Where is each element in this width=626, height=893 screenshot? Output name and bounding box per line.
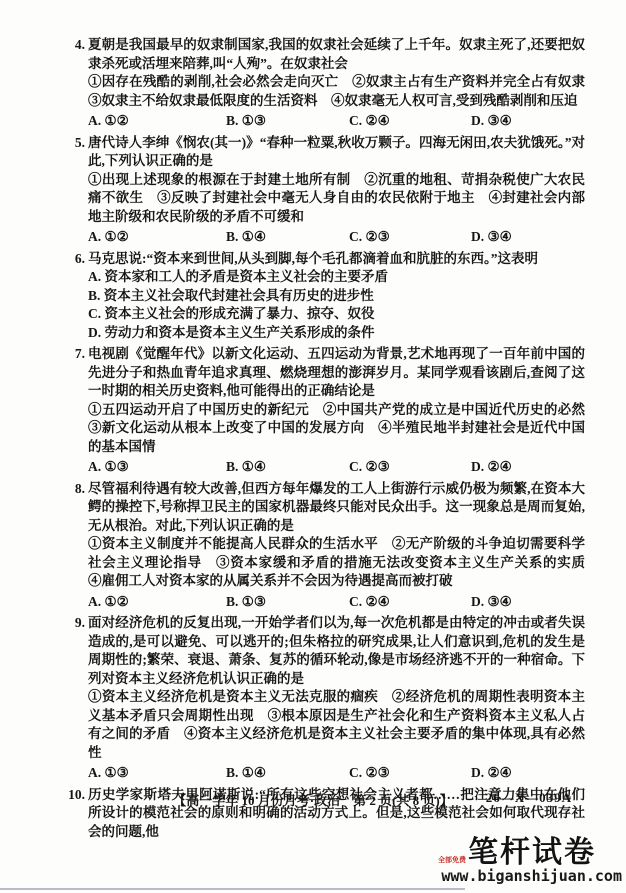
options-row: A. ①③ B. ①④ C. ②③ D. ②④ [88, 764, 585, 783]
option-a: A. ①③ [88, 764, 226, 783]
question-8: 8. 尽管福利待遇有较大改善,但西方每年爆发的工人上街游行示威仍极为频繁,在资本… [62, 480, 585, 612]
biganshijuan-watermark: 全部免费 笔杆试卷 www.biganshijuan.com [438, 838, 622, 885]
question-stem: 尽管福利待遇有较大改善,但西方每年爆发的工人上街游行示威仍极为频繁,在资本大鳄的… [88, 480, 585, 536]
question-number: 8. [62, 480, 88, 612]
question-stem: 夏朝是我国最早的奴隶制国家,我国的奴隶社会延续了上千年。奴隶主死了,还要把奴隶杀… [88, 36, 585, 73]
question-number: 5. [62, 134, 88, 247]
watermark-brand-row: 全部免费 笔杆试卷 [438, 838, 596, 868]
option-d: D. ②④ [471, 458, 585, 477]
watermark-free-label: 全部免费 [438, 857, 466, 865]
option-c: C. ②④ [349, 112, 471, 131]
question-body: 尽管福利待遇有较大改善,但西方每年爆发的工人上街游行示威仍极为频繁,在资本大鳄的… [88, 480, 585, 612]
options-row: A. ①② B. ①③ C. ②④ D. ③④ [88, 593, 585, 612]
question-number: 7. [62, 345, 88, 477]
footer-exam-title: 【高一学年 10 月份月考·政治 第 2 页(共 8 页)】 [173, 793, 453, 808]
question-body: 夏朝是我国最早的奴隶制国家,我国的奴隶社会延续了上千年。奴隶主死了,还要把奴隶杀… [88, 36, 585, 131]
options-row: A. ①② B. ①③ C. ②④ D. ③④ [88, 112, 585, 131]
options-row: A. ①③ B. ①④ C. ②③ D. ②④ [88, 458, 585, 477]
option-d: D. ③④ [471, 228, 585, 247]
option-a: A. 资本家和工人的矛盾是资本主义社会的主要矛盾 [88, 268, 585, 287]
option-d: D. ③④ [471, 112, 585, 131]
question-stem: 马克思说:“资本来到世间,从头到脚,每个毛孔都滴着血和肮脏的东西。”这表明 [88, 250, 585, 269]
option-b: B. ①③ [226, 112, 349, 131]
option-d: D. ③④ [471, 593, 585, 612]
option-b: B. ①④ [226, 764, 349, 783]
question-stem: 唐代诗人李绅《悯农(其一)》“春种一粒粟,秋收万颗子。四海无闲田,农夫犹饿死。”… [88, 134, 585, 171]
option-c: C. ②③ [349, 764, 471, 783]
option-c: C. ②④ [349, 593, 471, 612]
question-4: 4. 夏朝是我国最早的奴隶制国家,我国的奴隶社会延续了上千年。奴隶主死了,还要把… [62, 36, 585, 131]
option-d: D. ②④ [471, 764, 585, 783]
option-c: C. ②③ [349, 458, 471, 477]
footer-paper-code: 26—X—039A [486, 790, 572, 806]
question-body: 马克思说:“资本来到世间,从头到脚,每个毛孔都滴着血和肮脏的东西。”这表明 A.… [88, 250, 585, 343]
question-numbered-items: ①出现上述现象的根源在于封建土地所有制 ②沉重的地租、苛捐杂税使广大农民痛不欲生… [88, 171, 585, 227]
question-number: 4. [62, 36, 88, 131]
question-numbered-items: ①因存在残酷的剥削,社会必然会走向灭亡 ②奴隶主占有生产资料并完全占有奴隶 ③奴… [88, 73, 585, 110]
exam-page-scan: 4. 夏朝是我国最早的奴隶制国家,我国的奴隶社会延续了上千年。奴隶主死了,还要把… [0, 0, 626, 893]
option-a: A. ①② [88, 228, 226, 247]
question-numbered-items: ①资本主义制度并不能提高人民群众的生活水平 ②无产阶级的斗争迫切需要科学社会主义… [88, 535, 585, 591]
question-7: 7. 电视剧《觉醒年代》以新文化运动、五四运动为背景,艺术地再现了一百年前中国的… [62, 345, 585, 477]
question-9: 9. 面对经济危机的反复出现,一开始学者们以为,每一次危机都是由特定的冲击或者失… [62, 614, 585, 783]
watermark-brand-text: 笔杆试卷 [468, 838, 596, 868]
option-b: B. ①④ [226, 228, 349, 247]
options-stack: A. 资本家和工人的矛盾是资本主义社会的主要矛盾 B. 资本主义社会取代封建社会… [88, 268, 585, 342]
question-body: 唐代诗人李绅《悯农(其一)》“春种一粒粟,秋收万颗子。四海无闲田,农夫犹饿死。”… [88, 134, 585, 247]
option-b: B. ①④ [226, 458, 349, 477]
question-list: 4. 夏朝是我国最早的奴隶制国家,我国的奴隶社会延续了上千年。奴隶主死了,还要把… [62, 36, 585, 844]
options-row: A. ①② B. ①④ C. ②③ D. ③④ [88, 228, 585, 247]
option-b: B. ①③ [226, 593, 349, 612]
question-number: 6. [62, 250, 88, 343]
question-body: 面对经济危机的反复出现,一开始学者们以为,每一次危机都是由特定的冲击或者失误造成… [88, 614, 585, 783]
option-c: C. 资本主义社会的形成充满了暴力、掠夺、奴役 [88, 305, 585, 324]
option-a: A. ①③ [88, 458, 226, 477]
scan-edge-line [0, 888, 465, 890]
page-footer: 【高一学年 10 月份月考·政治 第 2 页(共 8 页)】 26—X—039A [0, 790, 626, 809]
option-b: B. 资本主义社会取代封建社会具有历史的进步性 [88, 287, 585, 306]
option-d: D. 劳动力和资本是资本主义生产关系形成的条件 [88, 324, 585, 343]
option-a: A. ①② [88, 112, 226, 131]
question-numbered-items: ①资本主义经济危机是资本主义无法克服的痼疾 ②经济危机的周期性表明资本主义基本矛… [88, 688, 585, 762]
question-6: 6. 马克思说:“资本来到世间,从头到脚,每个毛孔都滴着血和肮脏的东西。”这表明… [62, 250, 585, 343]
option-c: C. ②③ [349, 228, 471, 247]
option-a: A. ①② [88, 593, 226, 612]
question-5: 5. 唐代诗人李绅《悯农(其一)》“春种一粒粟,秋收万颗子。四海无闲田,农夫犹饿… [62, 134, 585, 247]
question-numbered-items: ①五四运动开启了中国历史的新纪元 ②中国共产党的成立是中国近代历史的必然 ③新文… [88, 401, 585, 457]
question-stem: 面对经济危机的反复出现,一开始学者们以为,每一次危机都是由特定的冲击或者失误造成… [88, 614, 585, 688]
question-number: 9. [62, 614, 88, 783]
question-body: 电视剧《觉醒年代》以新文化运动、五四运动为背景,艺术地再现了一百年前中国的先进分… [88, 345, 585, 477]
watermark-url: www.biganshijuan.com [438, 868, 622, 885]
question-stem: 电视剧《觉醒年代》以新文化运动、五四运动为背景,艺术地再现了一百年前中国的先进分… [88, 345, 585, 401]
